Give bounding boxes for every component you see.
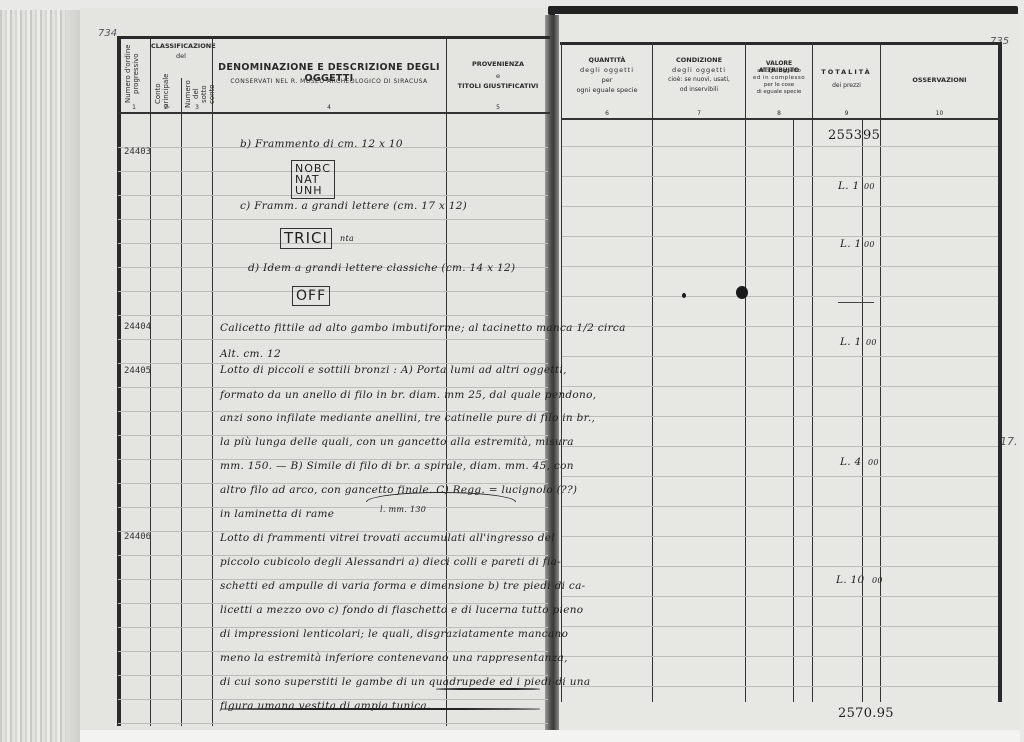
col-number: 10	[881, 110, 998, 117]
header-col6-line3: per	[562, 76, 652, 84]
ruled-line	[118, 315, 548, 316]
header-classificazione-sub: del	[151, 52, 211, 60]
col-number: 6	[562, 110, 652, 117]
entry-line: Alt. cm. 12	[220, 348, 281, 360]
entry-id: 24403	[124, 147, 151, 157]
col-divider	[652, 42, 653, 702]
ruled-line	[562, 416, 998, 417]
right-border	[998, 42, 1002, 702]
closing-flourish	[220, 708, 540, 710]
entry-line: Calicetto fittile ad alto gambo imbutifo…	[220, 322, 626, 334]
header-col5-line1: PROVENIENZA	[448, 60, 548, 68]
entry-line: figura umana vestita di ampia tunica.	[220, 700, 431, 712]
ruled-line	[118, 243, 548, 244]
col-number: 4	[214, 104, 444, 111]
header-col7-line2: degli oggetti	[653, 66, 745, 74]
entry-line: licetti a mezzo ovo c) fondo di fiaschet…	[220, 604, 583, 616]
header-col9-line2: dei prezzi	[813, 82, 880, 89]
page-bottom-edge	[80, 730, 1020, 742]
header-col10-line1: OSSERVAZIONI	[881, 76, 998, 84]
entry-id: 24406	[124, 532, 151, 542]
header-col8-line2: ad ogni oggetto	[746, 68, 812, 74]
ink-blot	[736, 286, 748, 299]
ruled-line	[562, 476, 998, 477]
ruled-line	[562, 686, 998, 687]
entry-line: Lotto di frammenti vitrei trovati accumu…	[220, 532, 555, 544]
value-cent: 00	[872, 576, 883, 585]
header-col5-line2: e	[448, 72, 548, 80]
value-cent: 00	[864, 182, 875, 191]
entry-line: Lotto di piccoli e sottili bronzi : A) P…	[220, 364, 567, 376]
entry-line: meno la estremità inferiore contenevano …	[220, 652, 568, 664]
entry-line: c) Framm. a grandi lettere (cm. 17 x 12)	[240, 200, 467, 212]
page-stack-edges	[0, 10, 80, 742]
header-col8-line5: di eguale specie	[746, 89, 812, 95]
ruled-line	[562, 506, 998, 507]
col-divider	[181, 78, 182, 726]
header-bottom-rule	[561, 118, 1000, 120]
header-col4-subtitle: CONSERVATI NEL R. MUSEO ARCHEOLOGICO DI …	[214, 78, 444, 85]
ruled-line	[562, 146, 998, 147]
value-lire: L. 1	[838, 180, 860, 192]
carried-forward-lire: 2553	[828, 128, 862, 143]
ruled-line	[562, 176, 998, 177]
ruled-line	[118, 723, 548, 724]
entry-line: formato da un anello di filo in br. diam…	[220, 389, 596, 401]
entry-line: anzi sono infilate mediante anellini, tr…	[220, 412, 595, 424]
inscription-sketch: OFF	[292, 286, 330, 306]
ruled-line	[562, 656, 998, 657]
col-divider	[150, 36, 151, 726]
ruled-line	[118, 387, 548, 388]
ruled-line	[562, 326, 998, 327]
header-bottom-rule	[118, 112, 550, 114]
header-col7-line1: CONDIZIONE	[653, 56, 745, 64]
header-col8-line3: ed in complesso	[746, 75, 812, 81]
col-divider	[745, 42, 746, 702]
margin-note: 17.	[1000, 435, 1018, 448]
ruled-line	[562, 236, 998, 237]
col-number: 2	[151, 104, 181, 111]
carried-forward-cent: 95	[863, 128, 880, 143]
entry-line: schetti ed ampulle di varia forma e dime…	[220, 580, 586, 592]
inscription-text: UNH	[295, 185, 331, 196]
ruled-line	[562, 536, 998, 537]
ruled-line	[562, 596, 998, 597]
ink-spot	[682, 293, 686, 298]
header-col5-line3: TITOLI GIUSTIFICATIVI	[448, 82, 548, 90]
header-classificazione: CLASSIFICAZIONE	[151, 42, 211, 50]
value-lire: L. 10	[836, 574, 865, 586]
entry-line: di cui sono superstiti le gambe di un qu…	[220, 676, 590, 688]
header-col6-line4: ogni eguale specie	[562, 86, 652, 94]
col-number: 3	[182, 104, 212, 111]
value-lire: L. 4	[840, 456, 862, 468]
col-number: 8	[746, 110, 812, 117]
col-number: 7	[653, 110, 745, 117]
entry-line: d) Idem a grandi lettere classiche (cm. …	[248, 262, 515, 274]
value-cent: 00	[864, 240, 875, 249]
col-number: 1	[118, 104, 150, 111]
header-col6-line1: QUANTITÀ	[562, 56, 652, 64]
value-cent: 00	[866, 338, 877, 347]
inscription-sketch: NOBC NAT UNH	[291, 160, 335, 199]
sketch-label: l. mm. 130	[380, 505, 426, 514]
header-col6-line2: degli oggetti	[562, 66, 652, 74]
left-border	[117, 36, 121, 726]
header-col9-line1: TOTALITÀ	[813, 68, 880, 76]
inscription-sketch: TRICI	[280, 228, 332, 249]
header-col7-line4: od inservibili	[653, 86, 745, 93]
closing-flourish	[436, 688, 540, 690]
col-number: 9	[813, 110, 880, 117]
dash-mark	[838, 302, 874, 303]
entry-id: 24405	[124, 366, 151, 376]
col-divider	[812, 42, 813, 702]
value-cent: 00	[868, 458, 879, 467]
entry-line: piccolo cubicolo degli Alessandri a) die…	[220, 556, 561, 568]
ruled-line	[562, 206, 998, 207]
value-lire: L. 1	[840, 336, 862, 348]
header-col7-line3: cioè: se nuovi, usati,	[653, 76, 745, 83]
ruled-line	[562, 566, 998, 567]
ruled-line	[562, 266, 998, 267]
entry-line: mm. 150. — B) Simile di filo di br. a sp…	[220, 460, 574, 472]
ruled-line	[562, 296, 998, 297]
col-divider	[446, 36, 447, 726]
ruled-line	[562, 356, 998, 357]
inscription-suffix: nta	[340, 234, 354, 243]
ruled-line	[118, 291, 548, 292]
ruled-line	[562, 386, 998, 387]
ruled-line	[562, 626, 998, 627]
col-divider	[212, 36, 213, 726]
ruled-line	[118, 339, 548, 340]
entry-line: b) Frammento di cm. 12 x 10	[240, 138, 403, 150]
entry-line: la più lunga delle quali, con un gancett…	[220, 436, 574, 448]
left-page-number: 734	[98, 28, 117, 39]
header-col1: Numero d'ordine progressivo	[124, 44, 146, 104]
col-number: 5	[448, 104, 548, 111]
ruled-line	[118, 219, 548, 220]
header-col8-line4: per le cose	[746, 82, 812, 88]
entry-line: di impressioni lenticolari; le quali, di…	[220, 628, 568, 640]
ruled-line	[562, 446, 998, 447]
entry-line: in laminetta di rame	[220, 508, 334, 520]
value-lire: L. 1	[840, 238, 862, 250]
page-total: 2570.95	[838, 706, 894, 721]
entry-id: 24404	[124, 322, 151, 332]
right-table	[560, 42, 1000, 702]
